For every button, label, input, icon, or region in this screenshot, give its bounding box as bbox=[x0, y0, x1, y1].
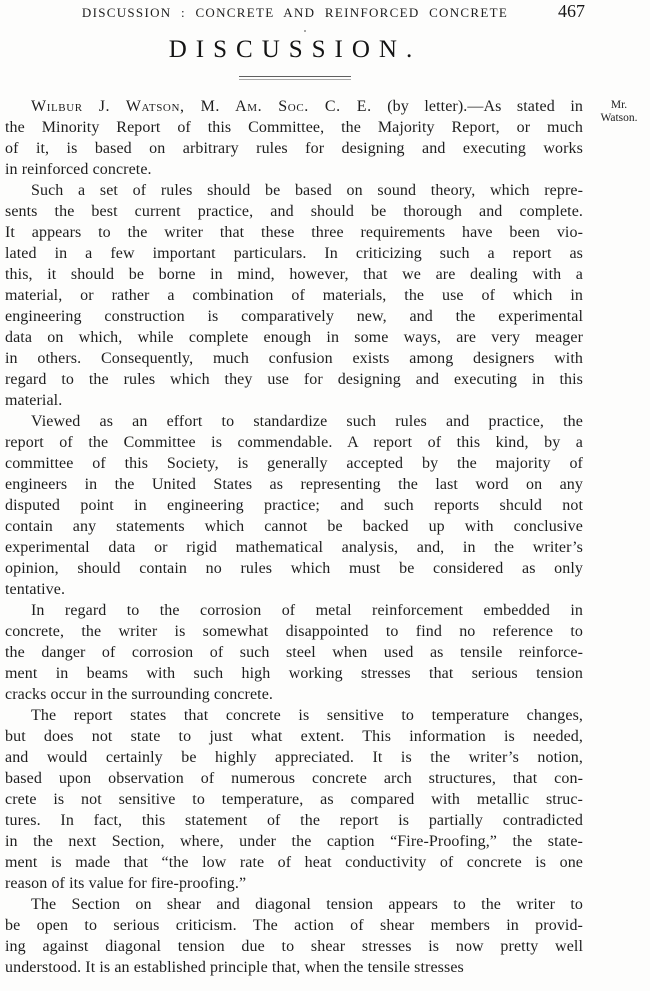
text-line: tentative. bbox=[5, 579, 583, 600]
text-line: crete is not sensitive to temperature, a… bbox=[5, 789, 583, 810]
text-line: regard to the rules which they use for d… bbox=[5, 369, 583, 390]
text-line: lated in a few important particulars. In… bbox=[5, 243, 583, 264]
paragraph: The Section on shear and diagonal tensio… bbox=[5, 894, 583, 978]
paragraph: Wilbur J. Watson, M. Am. Soc. C. E. (by … bbox=[5, 96, 583, 180]
text-line: ing against diagonal tension due to shea… bbox=[5, 936, 583, 957]
text-line: ment in beams with such high working str… bbox=[5, 663, 583, 684]
text-line: ment is made that “the low rate of heat … bbox=[5, 852, 583, 873]
paragraph: In regard to the corrosion of metal rein… bbox=[5, 600, 583, 705]
text-line: The Section on shear and diagonal tensio… bbox=[5, 894, 583, 915]
text-line: disputed point in engineering practice; … bbox=[5, 495, 583, 516]
text-line: material. bbox=[5, 390, 583, 411]
margin-note-line: Watson. bbox=[590, 112, 648, 125]
paragraph: Such a set of rules should be based on s… bbox=[5, 180, 583, 411]
text-line: Wilbur J. Watson, M. Am. Soc. C. E. (by … bbox=[5, 96, 583, 117]
text-line: in reinforced concrete. bbox=[5, 159, 583, 180]
text-line: sents the best current practice, and sho… bbox=[5, 201, 583, 222]
text-line: based upon observation of numerous concr… bbox=[5, 768, 583, 789]
text-line: reason of its value for fire-proofing.” bbox=[5, 873, 583, 894]
margin-note-line: Mr. bbox=[590, 99, 648, 112]
text-line: cracks occur in the surrounding concrete… bbox=[5, 684, 583, 705]
speaker-name: Wilbur J. Watson, M. Am. Soc. C. E. bbox=[31, 98, 372, 115]
section-title: DISCUSSION. bbox=[0, 36, 590, 64]
text-line: opinion, should contain no rules which m… bbox=[5, 558, 583, 579]
text-line: experimental data or rigid mathematical … bbox=[5, 537, 583, 558]
title-rule-divider bbox=[239, 76, 351, 80]
text-line: the danger of corrosion of such steel wh… bbox=[5, 642, 583, 663]
page-body: Wilbur J. Watson, M. Am. Soc. C. E. (by … bbox=[5, 96, 583, 978]
margin-note: Mr. Watson. bbox=[590, 99, 648, 125]
text-line: It appears to the writer that these thre… bbox=[5, 222, 583, 243]
running-head: DISCUSSION : CONCRETE AND REINFORCED CON… bbox=[0, 5, 590, 21]
text-line: this, it should be borne in mind, howeve… bbox=[5, 264, 583, 285]
paragraph: Viewed as an effort to standardize such … bbox=[5, 411, 583, 600]
text-line: in others. Consequently, much confusion … bbox=[5, 348, 583, 369]
text-line: material, or rather a combination of mat… bbox=[5, 285, 583, 306]
text-line: but does not state to just what extent. … bbox=[5, 726, 583, 747]
paragraph: The report states that concrete is sensi… bbox=[5, 705, 583, 894]
text-line: be open to serious criticism. The action… bbox=[5, 915, 583, 936]
book-page: DISCUSSION : CONCRETE AND REINFORCED CON… bbox=[0, 0, 650, 991]
text-line: contain any statements which cannot be b… bbox=[5, 516, 583, 537]
text-line: Viewed as an effort to standardize such … bbox=[5, 411, 583, 432]
text-line: data on which, while complete enough in … bbox=[5, 327, 583, 348]
text-line: understood. It is an established princip… bbox=[5, 957, 583, 978]
text-line: concrete, the writer is somewhat disappo… bbox=[5, 621, 583, 642]
text-line: the Minority Report of this Committee, t… bbox=[5, 117, 583, 138]
text-line: tures. In fact, this statement of the re… bbox=[5, 810, 583, 831]
text-line: and would certainly be highly appreciate… bbox=[5, 747, 583, 768]
text-line: of it, is based on arbitrary rules for d… bbox=[5, 138, 583, 159]
scan-artifact-dot bbox=[304, 30, 306, 32]
text-line: In regard to the corrosion of metal rein… bbox=[5, 600, 583, 621]
text-line: engineering construction is comparativel… bbox=[5, 306, 583, 327]
text-line: report of the Committee is commendable. … bbox=[5, 432, 583, 453]
text-line: The report states that concrete is sensi… bbox=[5, 705, 583, 726]
text-line: Such a set of rules should be based on s… bbox=[5, 180, 583, 201]
text-line: committee of this Society, is generally … bbox=[5, 453, 583, 474]
page-number: 467 bbox=[545, 1, 585, 22]
text-line: engineers in the United States as repres… bbox=[5, 474, 583, 495]
text-line: in the next Section, where, under the ca… bbox=[5, 831, 583, 852]
